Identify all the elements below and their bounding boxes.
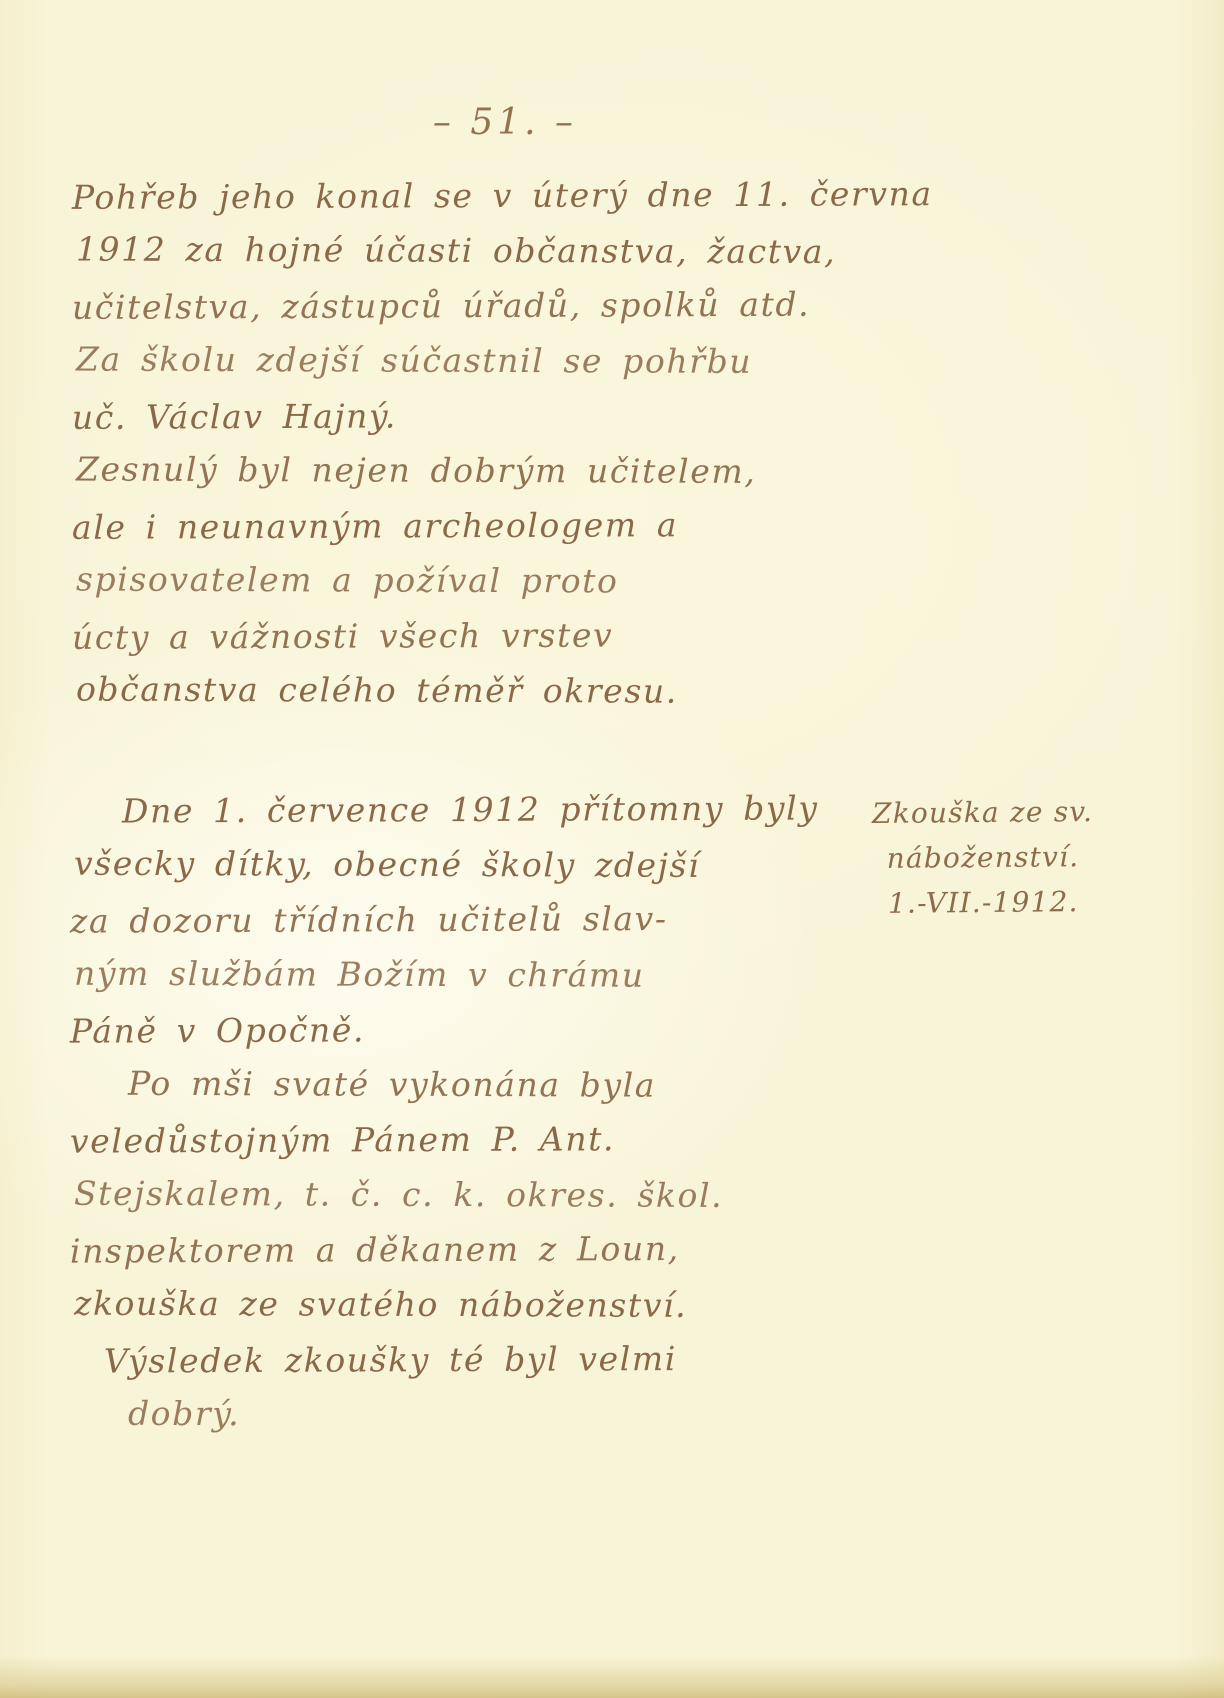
handwritten-line: Za školu zdejší súčastnil se pohřbu (76, 332, 933, 390)
handwritten-line: úcty a vážnosti všech vrstev (72, 606, 933, 665)
handwritten-line: Zesnulý byl nejen dobrým učitelem, (76, 442, 933, 500)
handwritten-line: 1912 za hojné účasti občanstva, žactva, (76, 222, 933, 280)
handwritten-line: učitelstva, zástupců úřadů, spolků atd. (72, 276, 933, 335)
handwritten-line: zkouška ze svatého náboženství. (74, 1276, 819, 1334)
handwritten-line: spisovatelem a požíval proto (76, 552, 933, 610)
handwritten-line: Pohřeb jeho konal se v úterý dne 11. čer… (72, 166, 933, 225)
paragraph-funeral: Pohřeb jeho konal se v úterý dne 11. čer… (72, 168, 933, 718)
handwritten-line: všecky dítky, obecné školy zdejší (74, 836, 819, 894)
handwritten-line: dobrý. (128, 1386, 819, 1443)
handwritten-line: Po mši svaté vykonána byla (128, 1056, 819, 1113)
handwritten-line: veledůstojným Pánem P. Ant. (70, 1110, 819, 1168)
margin-note-exam: Zkouška ze sv. náboženství. 1.-VII.-1912… (837, 789, 1128, 927)
handwritten-line: občanstva celého téměř okresu. (76, 662, 933, 720)
chronicle-page: – 51. – Pohřeb jeho konal se v úterý dne… (0, 0, 1224, 1698)
margin-note-line: Zkouška ze sv. (837, 789, 1127, 837)
handwritten-line: ným službám Božím v chrámu (74, 946, 819, 1004)
page-number: – 51. – (0, 102, 1010, 143)
handwritten-line: Výsledek zkoušky té byl velmi (104, 1330, 819, 1388)
margin-note-line: náboženství. (838, 834, 1128, 882)
handwritten-line: Stejskalem, t. č. c. k. okres. škol. (74, 1166, 819, 1224)
handwritten-line: uč. Václav Hajný. (72, 386, 933, 445)
handwritten-line: za dozoru třídních učitelů slav- (70, 890, 819, 948)
paragraph-religion-exam: Dne 1. července 1912 přítomny byly všeck… (70, 782, 819, 1442)
handwritten-line: Páně v Opočně. (70, 1000, 819, 1058)
handwritten-line: Dne 1. července 1912 přítomny byly (122, 780, 819, 838)
margin-note-line: 1.-VII.-1912. (838, 879, 1128, 927)
handwritten-line: ale i neunavným archeologem a (72, 496, 933, 555)
handwritten-line: inspektorem a děkanem z Loun, (70, 1220, 819, 1278)
